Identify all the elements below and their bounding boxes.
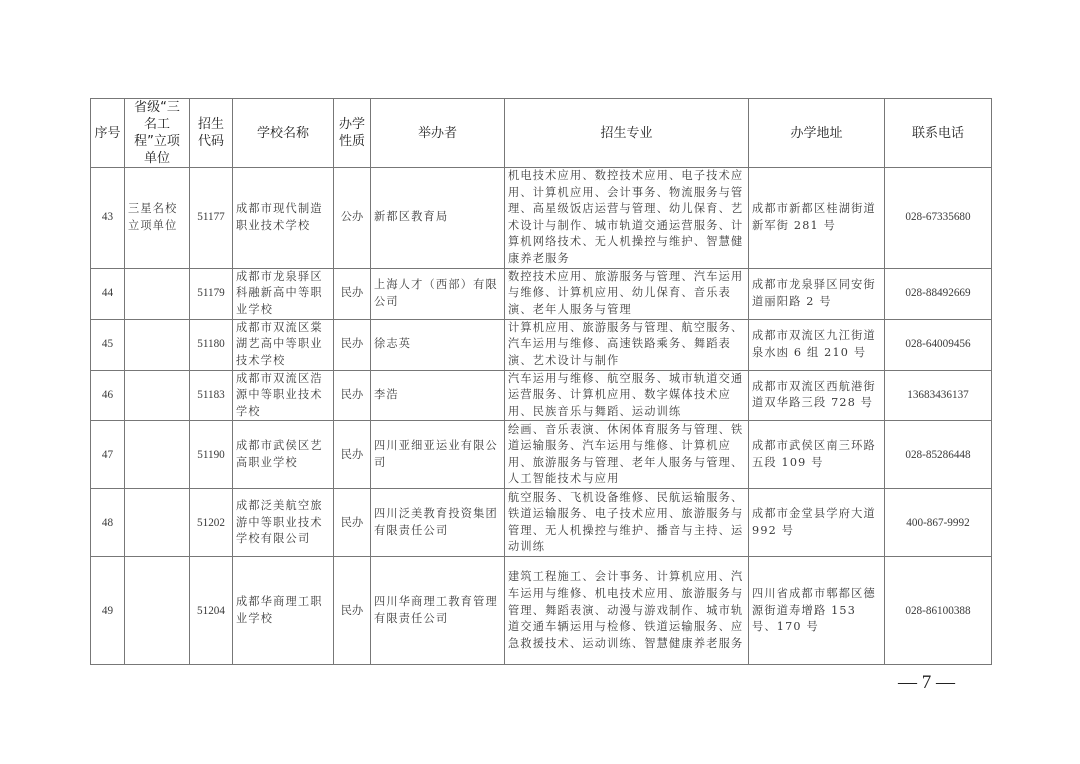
cell-code: 51179: [190, 268, 233, 319]
cell-address: 成都市双流区九江街道泉水凼 6 组 210 号: [749, 319, 885, 370]
cell-nature: 公办: [334, 168, 371, 269]
cell-nature: 民办: [334, 370, 371, 421]
cell-majors: 建筑工程施工、会计事务、计算机应用、汽车运用与维修、机电技术应用、旅游服务与管理…: [505, 557, 749, 665]
cell-project: [125, 421, 190, 489]
cell-project: [125, 557, 190, 665]
cell-seq: 46: [91, 370, 125, 421]
cell-address: 成都市新都区桂湖街道新军街 281 号: [749, 168, 885, 269]
header-majors: 招生专业: [505, 99, 749, 168]
table-row: 46 51183 成都市双流区浩源中等职业技术学校 民办 李浩 汽车运用与维修、…: [91, 370, 992, 421]
header-project: 省级“三名工程”立项单位: [125, 99, 190, 168]
cell-majors: 机电技术应用、数控技术应用、电子技术应用、计算机应用、会计事务、物流服务与管理、…: [505, 168, 749, 269]
cell-address: 四川省成都市郫都区德源街道寿增路 153 号、170 号: [749, 557, 885, 665]
table-row: 44 51179 成都市龙泉驿区科融新高中等职业学校 民办 上海人才（西部）有限…: [91, 268, 992, 319]
cell-code: 51202: [190, 489, 233, 557]
cell-phone: 028-64009456: [885, 319, 992, 370]
school-list-table: 序号 省级“三名工程”立项单位 招生代码 学校名称 办学性质 举办者 招生专业 …: [90, 98, 992, 665]
cell-organizer: 上海人才（西部）有限公司: [371, 268, 505, 319]
cell-project: 三星名校立项单位: [125, 168, 190, 269]
cell-address: 成都市龙泉驿区同安街道丽阳路 2 号: [749, 268, 885, 319]
header-seq: 序号: [91, 99, 125, 168]
cell-seq: 43: [91, 168, 125, 269]
table-row: 47 51190 成都市武侯区艺高职业学校 民办 四川亚细亚运业有限公司 绘画、…: [91, 421, 992, 489]
cell-code: 51183: [190, 370, 233, 421]
cell-nature: 民办: [334, 489, 371, 557]
cell-majors: 绘画、音乐表演、休闲体育服务与管理、铁道运输服务、汽车运用与维修、计算机应用、旅…: [505, 421, 749, 489]
cell-nature: 民办: [334, 319, 371, 370]
cell-nature: 民办: [334, 268, 371, 319]
cell-school: 成都华商理工职业学校: [233, 557, 334, 665]
cell-address: 成都市双流区西航港街道双华路三段 728 号: [749, 370, 885, 421]
cell-address: 成都市武侯区南三环路五段 109 号: [749, 421, 885, 489]
cell-address: 成都市金堂县学府大道 992 号: [749, 489, 885, 557]
cell-school: 成都市龙泉驿区科融新高中等职业学校: [233, 268, 334, 319]
cell-organizer: 四川华商理工教育管理有限责任公司: [371, 557, 505, 665]
cell-code: 51180: [190, 319, 233, 370]
header-row: 序号 省级“三名工程”立项单位 招生代码 学校名称 办学性质 举办者 招生专业 …: [91, 99, 992, 168]
cell-school: 成都泛美航空旅游中等职业技术学校有限公司: [233, 489, 334, 557]
cell-project: [125, 268, 190, 319]
cell-code: 51204: [190, 557, 233, 665]
cell-school: 成都市双流区浩源中等职业技术学校: [233, 370, 334, 421]
cell-majors: 航空服务、飞机设备维修、民航运输服务、铁道运输服务、电子技术应用、旅游服务与管理…: [505, 489, 749, 557]
cell-project: [125, 370, 190, 421]
cell-seq: 44: [91, 268, 125, 319]
cell-seq: 48: [91, 489, 125, 557]
cell-phone: 028-86100388: [885, 557, 992, 665]
header-organizer: 举办者: [371, 99, 505, 168]
cell-majors: 汽车运用与维修、航空服务、城市轨道交通运营服务、计算机应用、数字媒体技术应用、民…: [505, 370, 749, 421]
cell-majors: 计算机应用、旅游服务与管理、航空服务、汽车运用与维修、高速铁路乘务、舞蹈表演、艺…: [505, 319, 749, 370]
cell-phone: 028-88492669: [885, 268, 992, 319]
cell-phone: 400-867-9992: [885, 489, 992, 557]
cell-school: 成都市双流区棠湖艺高中等职业技术学校: [233, 319, 334, 370]
cell-project: [125, 319, 190, 370]
table-row: 49 51204 成都华商理工职业学校 民办 四川华商理工教育管理有限责任公司 …: [91, 557, 992, 665]
cell-nature: 民办: [334, 421, 371, 489]
header-address: 办学地址: [749, 99, 885, 168]
cell-phone: 028-67335680: [885, 168, 992, 269]
cell-seq: 49: [91, 557, 125, 665]
table-row: 48 51202 成都泛美航空旅游中等职业技术学校有限公司 民办 四川泛美教育投…: [91, 489, 992, 557]
cell-seq: 45: [91, 319, 125, 370]
cell-organizer: 四川亚细亚运业有限公司: [371, 421, 505, 489]
cell-organizer: 李浩: [371, 370, 505, 421]
table-row: 45 51180 成都市双流区棠湖艺高中等职业技术学校 民办 徐志英 计算机应用…: [91, 319, 992, 370]
header-school: 学校名称: [233, 99, 334, 168]
cell-nature: 民办: [334, 557, 371, 665]
cell-phone: 028-85286448: [885, 421, 992, 489]
cell-school: 成都市现代制造职业技术学校: [233, 168, 334, 269]
cell-organizer: 四川泛美教育投资集团有限责任公司: [371, 489, 505, 557]
cell-code: 51177: [190, 168, 233, 269]
header-phone: 联系电话: [885, 99, 992, 168]
cell-phone: 13683436137: [885, 370, 992, 421]
cell-organizer: 徐志英: [371, 319, 505, 370]
cell-school: 成都市武侯区艺高职业学校: [233, 421, 334, 489]
cell-majors: 数控技术应用、旅游服务与管理、汽车运用与维修、计算机应用、幼儿保育、音乐表演、老…: [505, 268, 749, 319]
cell-code: 51190: [190, 421, 233, 489]
table-row: 43 三星名校立项单位 51177 成都市现代制造职业技术学校 公办 新都区教育…: [91, 168, 992, 269]
page-number: — 7 —: [898, 672, 955, 694]
cell-organizer: 新都区教育局: [371, 168, 505, 269]
cell-seq: 47: [91, 421, 125, 489]
header-nature: 办学性质: [334, 99, 371, 168]
header-code: 招生代码: [190, 99, 233, 168]
cell-project: [125, 489, 190, 557]
